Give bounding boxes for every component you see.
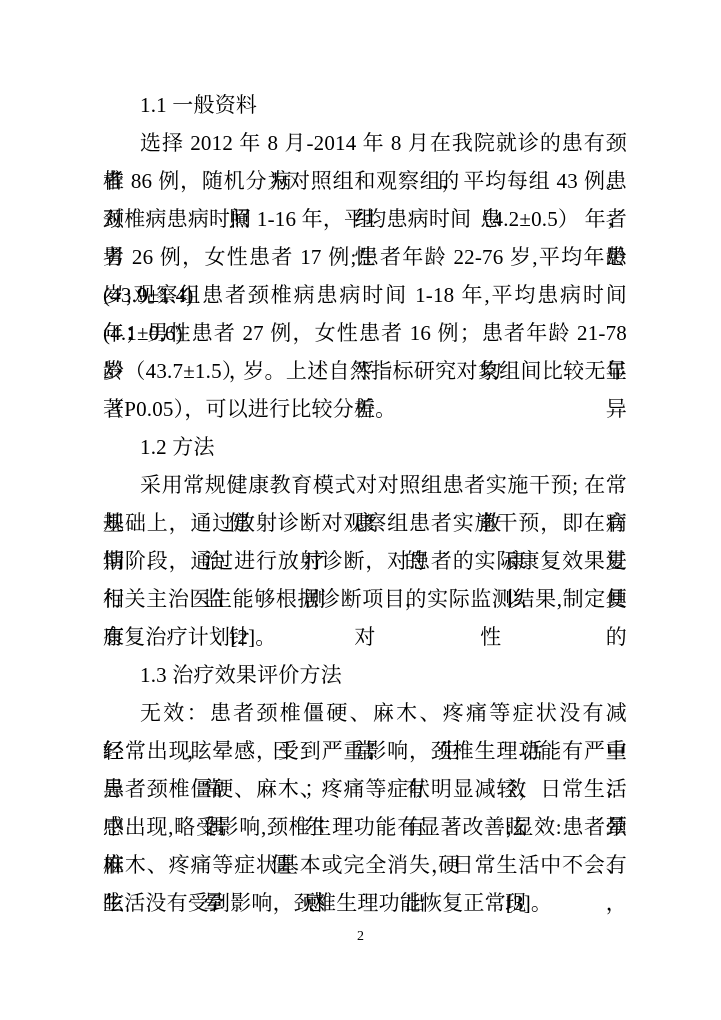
text-line: 选择 2012 年 8 月-2014 年 8 月在我院就诊的患有颈椎病的患 (103, 124, 627, 162)
text-line: 经常出现眩晕感，受到严重影响，颈椎生理功能有严重异常；有效： (103, 732, 627, 770)
text-line: 患者颈椎僵硬、麻木、疼痛等症状明显减轻，日常生活中偶尔有眩晕 (103, 770, 627, 808)
text-line: 者 26 例，女性患者 17 例;患者年龄 22-76 岁,平均年龄(43.9±… (103, 238, 627, 276)
text-line: 者 86 例，随机分为对照组和观察组，平均每组 43 例。对照组患者 (103, 162, 627, 200)
text-line: 颈椎病患病时间 1-16 年，平均患病时间（4.2±0.5） 年； 男性患 (103, 200, 627, 238)
section-heading: 1.2 方法 (103, 428, 627, 466)
text-line: 生活没有受到影响，颈椎生理功能恢复正常[3]。 (103, 884, 627, 922)
document-page: 1.1 一般资料选择 2012 年 8 月-2014 年 8 月在我院就诊的患有… (0, 0, 721, 1020)
text-line: 基础上，通过放射诊断对观察组患者实施干预，即在病情治疗的康复 (103, 504, 627, 542)
text-line: 年；男性患者 27 例，女性患者 16 例；患者年龄 21-78 岁，平均年 (103, 314, 627, 352)
document-body: 1.1 一般资料选择 2012 年 8 月-2014 年 8 月在我院就诊的患有… (103, 86, 627, 922)
text-line: 无效：患者颈椎僵硬、麻木、疼痛等症状没有减轻，日常生活中 (103, 694, 627, 732)
section-heading: 1.1 一般资料 (103, 86, 627, 124)
text-line: 岁;观察组患者颈椎病患病时间 1-18 年,平均患病时间(4.1±0.6) (103, 276, 627, 314)
text-line: 感出现,略受影响,颈椎生理功能有显著改善;显效:患者颈椎僵硬、 (103, 808, 627, 846)
section-heading: 1.3 治疗效果评价方法 (103, 656, 627, 694)
text-line: 麻木、疼痛等症状基本或完全消失，日常生活中不会有眩晕感出现， (103, 846, 627, 884)
text-line: 采用常规健康教育模式对对照组患者实施干预; 在常规健康教育 (103, 466, 627, 504)
text-line: 期阶段，通过进行放射诊断，对患者的实际康复效果进行监测，以便 (103, 542, 627, 580)
page-number: 2 (0, 928, 721, 946)
text-line: 相关主治医生能够根据诊断项目的实际监测结果,制定具有针对性的 (103, 580, 627, 618)
text-line: 龄（43.7±1.5）岁。上述自然指标研究对象组间比较无显著差异 (103, 352, 627, 390)
